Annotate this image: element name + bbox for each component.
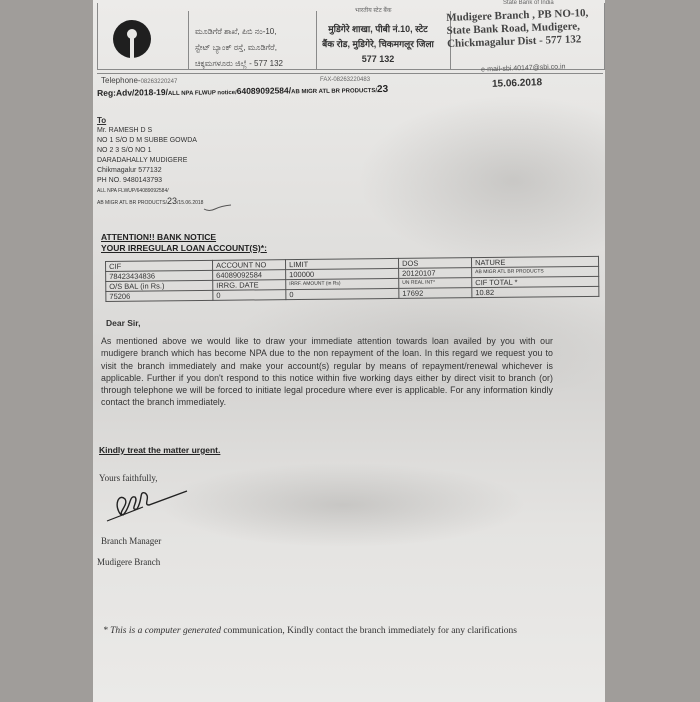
notice-heading: ATTENTION!! BANK NOTICE YOUR IRREGULAR L…: [101, 232, 267, 254]
notice-letter: ಮೂಡಿಗೆರೆ ಶಾಖೆ, ಪಿಬಿ ನಂ-10, ಸ್ಟೇಟ್ ಬ್ಯಾಂಕ…: [93, 0, 605, 702]
phone-line: PH NO. 9480143793: [97, 176, 203, 186]
loan-account-table: CIFACCOUNT NOLIMITDOSNATURE7842343483664…: [105, 256, 599, 302]
address-line: ಮೂಡಿಗೆರೆ ಶಾಖೆ, ಪಿಬಿ ನಂ-10,: [195, 24, 283, 40]
address-line: 577 132: [311, 52, 445, 67]
kannada-address: ಮೂಡಿಗೆರೆ ಶಾಖೆ, ಪಿಬಿ ನಂ-10, ಸ್ಟೇಟ್ ಬ್ಯಾಂಕ…: [195, 24, 283, 72]
closing: Yours faithfully,: [99, 473, 158, 483]
sbi-logo-icon: [113, 20, 151, 58]
letter-date: 15.06.2018: [492, 77, 542, 90]
address-line: NO 2 3 S/O NO 1: [97, 146, 203, 156]
designation: Branch Manager: [101, 536, 161, 546]
reference-line: Reg:Adv/2018-19/ALL NPA FLWUP notice/640…: [97, 84, 388, 99]
ref-line: ALL NPA FLWUP/64089092584/: [97, 186, 203, 196]
table-cell: 0: [213, 290, 286, 301]
address-line: DARADAHALLY MUDIGERE: [97, 156, 203, 166]
address-line: ಸ್ಟೇಟ್ ಬ್ಯಾಂಕ್ ರಸ್ತೆ, ಮೂಡಿಗೆರೆ,: [195, 40, 283, 56]
fax: FAX-08263220483: [320, 77, 370, 83]
ref-line: AB MIGR ATL BR PRODUCTS/23/15.06.2018: [97, 196, 203, 208]
signature-icon: [103, 485, 193, 525]
table-cell: 0: [286, 288, 399, 299]
pen-tick-icon: [203, 203, 233, 213]
hindi-bank-name: भारतीय स्टेट बैंक: [355, 6, 391, 14]
salutation: Dear Sir,: [106, 318, 141, 328]
email: e-mail-sbi.40147@sbi.co.in: [481, 64, 566, 74]
address-line: Chikmagalur 577132: [97, 166, 203, 176]
table-cell: 75206: [106, 290, 213, 301]
notice-subtitle: YOUR IRREGULAR LOAN ACCOUNT(S)*:: [101, 243, 267, 254]
to-label: To: [97, 116, 203, 126]
notice-title: ATTENTION!! BANK NOTICE: [101, 232, 267, 243]
branch-name: Mudigere Branch: [97, 557, 160, 567]
hindi-address: मुडिगेरे शाखा, पीबी नं.10, स्टेट बैंक रो…: [311, 22, 445, 67]
address-line: मुडिगेरे शाखा, पीबी नं.10, स्टेट: [311, 22, 445, 37]
english-bank-name: State Bank of India: [503, 0, 554, 6]
table-cell: 17692: [399, 288, 472, 299]
footnote: * This is a computer generated communica…: [103, 626, 517, 636]
recipient-address: To Mr. RAMESH D S NO 1 S/O D M SUBBE GOW…: [97, 116, 203, 208]
address-line: NO 1 S/O D M SUBBE GOWDA: [97, 136, 203, 146]
telephone: Telephone-08263220247: [101, 76, 177, 85]
divider: [97, 73, 603, 74]
divider: [188, 11, 189, 69]
table-cell: 10.82: [472, 286, 599, 297]
recipient-name: Mr. RAMESH D S: [97, 126, 203, 136]
address-line: ಚಿಕ್ಕಮಗಳೂರು ಜಿಲ್ಲೆ - 577 132: [195, 56, 283, 72]
english-address: Mudigere Branch , PB NO-10, State Bank R…: [446, 7, 589, 51]
letter-body: As mentioned above we would like to draw…: [101, 335, 553, 409]
address-line: बैंक रोड, मुडिगेरे, चिकमगलूर जिला: [311, 37, 445, 52]
urgent-note: Kindly treat the matter urgent.: [99, 445, 220, 455]
